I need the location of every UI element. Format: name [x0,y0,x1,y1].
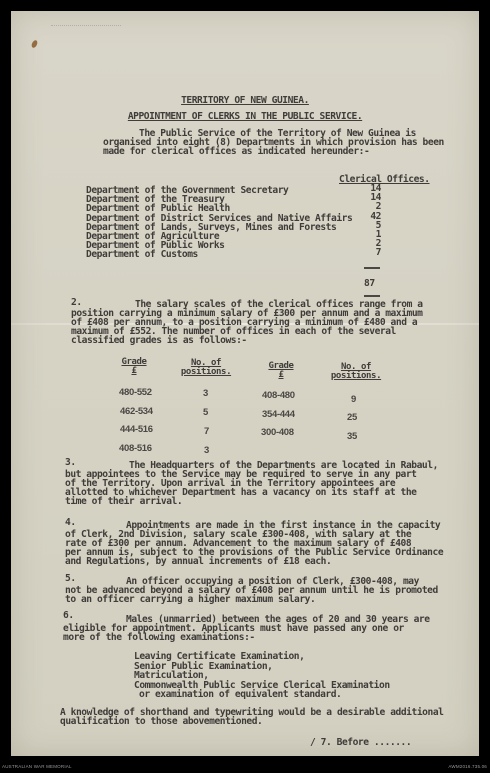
office-count: 7 [351,248,381,257]
para3-number: 3. [65,458,76,467]
grade-header-right: Grade£ [261,362,301,380]
department-row: Department of Public Works [86,233,466,242]
positions-header-right: No. ofpositions. [326,363,386,381]
department-row: Department of Lands, Surveys, Mines and … [86,215,466,224]
closing-line: qualification to those abovementioned. [60,717,262,726]
department-name: Department of Customs [86,249,198,260]
para4-number: 4. [65,518,76,527]
positions-cell: 3 [204,445,209,456]
footer-source: AUSTRALIAN WAR MEMORIAL [2,764,72,769]
positions-cell: 35 [347,431,357,442]
document-title: TERRITORY OF NEW GUINEA. [11,96,479,105]
footer-id: AWM2016.735.06 [448,764,487,769]
document-subtitle: APPOINTMENT OF CLERKS IN THE PUBLIC SERV… [11,112,479,121]
grade-cell: 462-534 [120,406,153,417]
faint-marks [51,25,121,28]
departments-offices: 14 14 2 42 5 1 2 7 [351,184,381,258]
department-row: Department of Customs [86,242,466,251]
positions-cell: 25 [347,412,357,423]
departments-total: 87 [364,279,375,288]
department-row: Department of the Government Secretary [86,178,466,187]
para6-line: more of the following examinations:- [63,633,255,642]
para5-number: 5. [65,574,76,583]
department-row: Department of Public Health [86,196,466,205]
document-page: TERRITORY OF NEW GUINEA. APPOINTMENT OF … [11,11,479,756]
positions-header-left: No. ofpositions. [176,359,236,377]
continuation-marker: / 7. Before ....... [310,738,411,747]
positions-cell: 3 [203,388,208,399]
para4-line: and Regulations, by annual increments of… [65,557,331,566]
department-row: Department of District Services and Nati… [86,206,466,215]
total-rule-top [364,267,380,269]
para6-number: 6. [63,611,74,620]
para2-line: classified grades is as follows:- [71,336,247,345]
departments-list: Department of the Government Secretary D… [86,178,466,252]
grade-header-left: Grade£ [114,358,154,376]
grade-cell: 408-480 [262,390,295,401]
intro-line-3: made for clerical offices as indicated h… [103,147,369,156]
para3-line: time of their arrival. [65,497,182,506]
examinations-list: Leaving Certificate Examination, Senior … [134,652,390,700]
grade-cell: 480-552 [119,387,152,398]
positions-cell: 9 [351,394,356,405]
positions-cell: 7 [204,426,209,437]
grade-cell: 408-516 [119,443,152,454]
examination-item: or examination of equivalent standard. [134,690,390,700]
grade-cell: 444-516 [120,424,153,435]
para2-number: 2. [71,298,82,307]
total-rule-bottom [364,295,380,297]
grade-cell: 300-408 [261,427,294,438]
grade-cell: 354-444 [262,409,295,420]
paper-stain [31,39,39,48]
para5-line: to an officer carrying a higher maximum … [65,595,315,604]
positions-cell: 5 [203,407,208,418]
